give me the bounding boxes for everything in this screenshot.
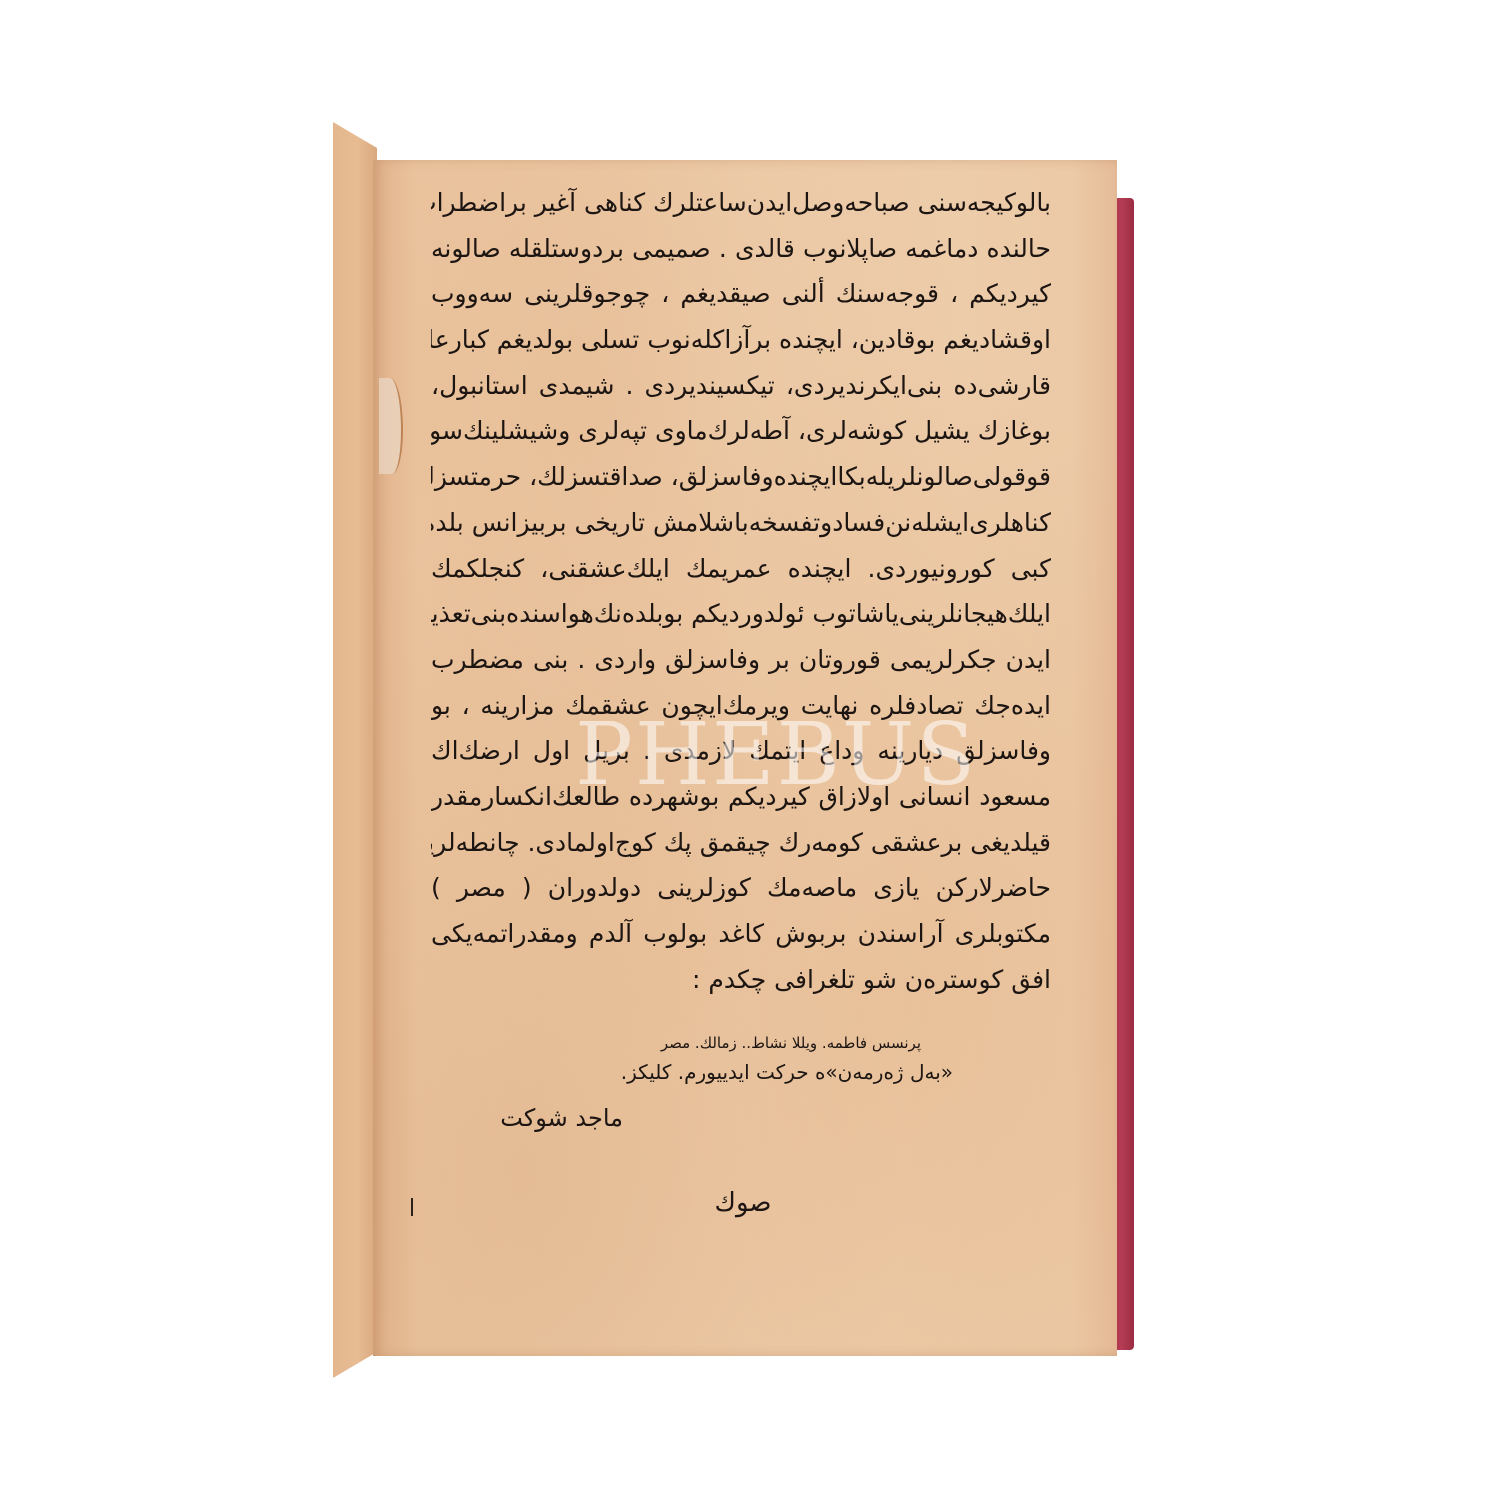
text-line: مکتوبلری آراسندن بربوش کاغد بولوب آلدم و… <box>431 911 1051 957</box>
text-line: ایدن جکرلریمی قوروتان بر وفاسزلق واردی .… <box>431 637 1051 683</box>
text-line: افق کوستره‌ن شو تلغرافی چکدم : <box>431 957 1051 1003</box>
paper-tear-stain <box>379 378 403 474</box>
body-text: بالوکیجه‌سنی صباحه‌وصل‌ایدن‌ساعتلرك کناه… <box>431 180 1051 1002</box>
text-line: بالوکیجه‌سنی صباحه‌وصل‌ایدن‌ساعتلرك کناه… <box>431 180 1051 226</box>
text-line: قیلدیغی برعشقی کومه‌رك چیقمق پك کوج‌اولم… <box>431 820 1051 866</box>
text-line: ایلك‌هیجانلرینی‌یاشاتوب ئولدوردیکم بوبلد… <box>431 591 1051 637</box>
margin-mark <box>411 1198 413 1216</box>
text-line: بوغازك یشیل کوشه‌لری، آطه‌لرك‌ماوی تپه‌ل… <box>431 408 1051 454</box>
text-line: حالنده دماغمه صاپلانوب قالدی . صمیمی برد… <box>431 226 1051 272</box>
author-signature: ماجد شوکت <box>483 1104 623 1132</box>
text-line: اوقشادیغم بوقادین، ایچنده برآزاکله‌نوب ت… <box>431 317 1051 363</box>
text-line: ایده‌جك تصادفلره نهایت ویرمك‌ایچون عشقمك… <box>431 683 1051 729</box>
text-line: کبی کورونیوردی. ایچنده عمریمك ایلك‌عشقنی… <box>431 546 1051 592</box>
text-line: کناهلری‌ایشله‌نن‌فسادوتفسخه‌باشلامش تاری… <box>431 500 1051 546</box>
book-page: بالوکیجه‌سنی صباحه‌وصل‌ایدن‌ساعتلرك کناه… <box>373 160 1117 1356</box>
book-photo: بالوکیجه‌سنی صباحه‌وصل‌ایدن‌ساعتلرك کناه… <box>0 0 1500 1500</box>
binding-flap <box>333 122 377 1378</box>
text-line: حاضرلارکن یازی ماصه‌مك کوزلرینی دولدوران… <box>431 865 1051 911</box>
text-line: قارشی‌ده بنی‌ایکرندیردی، تیکسیندیردی . ش… <box>431 363 1051 409</box>
telegram-address: پرنسس فاطمه. ویللا نشاط.. زمالك. مصر <box>511 1034 921 1052</box>
text-line: مسعود انسانی اولازاق کیردیکم بوشهرده طال… <box>431 774 1051 820</box>
text-line: کیردیکم ، قوجه‌سنك ألنی صیقدیغم ، چوجوقل… <box>431 271 1051 317</box>
text-line: وفاسزلق دیارینه وداع ایتمك لازمدی . بریل… <box>431 728 1051 774</box>
text-line: قوقولی‌صالونلریله‌بکا‌ایچنده‌وفاسزلق، صد… <box>431 454 1051 500</box>
telegram-message: «به‌ل ژه‌رمه‌ن»ه حرکت ایدییورم. کلیکز. <box>553 1060 953 1084</box>
end-word: صوك <box>703 1188 783 1218</box>
